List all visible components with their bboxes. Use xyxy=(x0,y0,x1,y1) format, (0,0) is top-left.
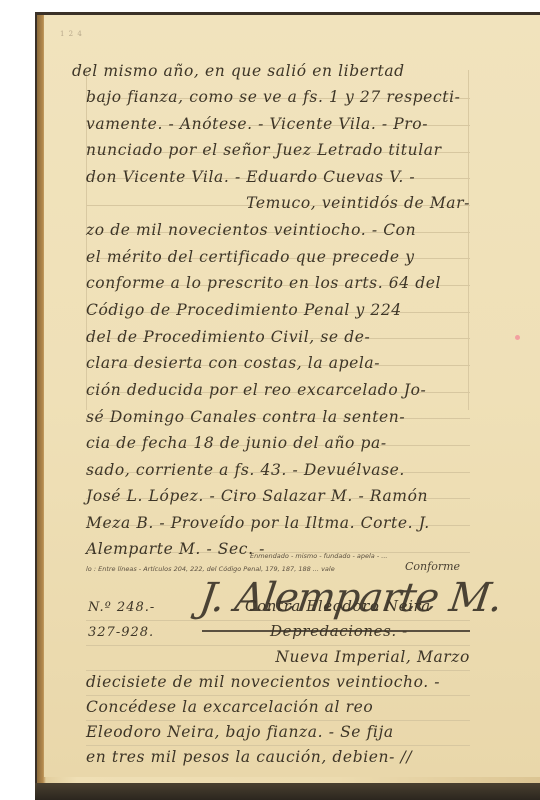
annotation-line: Enmendado - mismo - fundado - apela - ..… xyxy=(250,552,470,560)
case-subject: Depredaciones. - xyxy=(270,622,408,640)
text-line: Concédese la excarcelación al reo xyxy=(86,698,476,716)
text-line: vamente. - Anótese. - Vicente Vila. - Pr… xyxy=(86,115,476,133)
text-line: sé Domingo Canales contra la senten- xyxy=(86,408,476,426)
text-line: nunciado por el señor Juez Letrado titul… xyxy=(86,141,476,159)
ruled-line xyxy=(86,745,470,746)
text-line: Temuco, veintidós de Mar- xyxy=(86,194,470,212)
text-line: el mérito del certificado que precede y xyxy=(86,248,476,266)
text-line: diecisiete de mil novecientos veintiocho… xyxy=(86,673,476,691)
text-line: conforme a lo prescrito en los arts. 64 … xyxy=(86,274,476,292)
ruled-line xyxy=(86,695,470,696)
stray-light-dot xyxy=(515,335,520,340)
ruled-line xyxy=(86,720,470,721)
text-line: Nueva Imperial, Marzo xyxy=(86,648,470,666)
folio-mark: 1 2 4 xyxy=(60,30,83,38)
text-line: Eleodoro Neira, bajo fianza. - Se fija xyxy=(86,723,476,741)
case-number: N.º 248.- xyxy=(88,600,155,615)
case-title: Contra Eleodoro Neira xyxy=(245,597,431,615)
text-line: clara desierta con costas, la apela- xyxy=(86,354,476,372)
text-line: sado, corriente a fs. 43. - Devuélvase. xyxy=(86,461,476,479)
conforme-text: Conforme xyxy=(405,560,460,573)
text-line: bajo fianza, como se ve a fs. 1 y 27 res… xyxy=(86,88,476,106)
text-line: ción deducida por el reo excarcelado Jo- xyxy=(86,381,476,399)
case-reference: 327-928. xyxy=(88,625,154,640)
text-line: José L. López. - Ciro Salazar M. - Ramón xyxy=(86,487,476,505)
text-line: Alemparte M. - Sec. - xyxy=(86,540,216,558)
text-line: del de Procedimiento Civil, se de- xyxy=(86,328,476,346)
text-line: zo de mil novecientos veintiocho. - Con xyxy=(86,221,476,239)
text-line: del mismo año, en que salió en libertad xyxy=(72,62,462,80)
ruled-line xyxy=(86,670,470,671)
text-line: don Vicente Vila. - Eduardo Cuevas V. - xyxy=(86,168,476,186)
text-line: en tres mil pesos la caución, debien- // xyxy=(86,748,476,766)
text-line: Meza B. - Proveído por la Iltma. Corte. … xyxy=(86,514,476,532)
ruled-line xyxy=(86,645,470,646)
annotation-line: lo : Entre líneas - Artículos 204, 222, … xyxy=(86,565,406,573)
text-line: Código de Procedimiento Penal y 224 xyxy=(86,301,476,319)
text-line: cia de fecha 18 de junio del año pa- xyxy=(86,434,476,452)
book-bottom-edge xyxy=(35,783,540,800)
